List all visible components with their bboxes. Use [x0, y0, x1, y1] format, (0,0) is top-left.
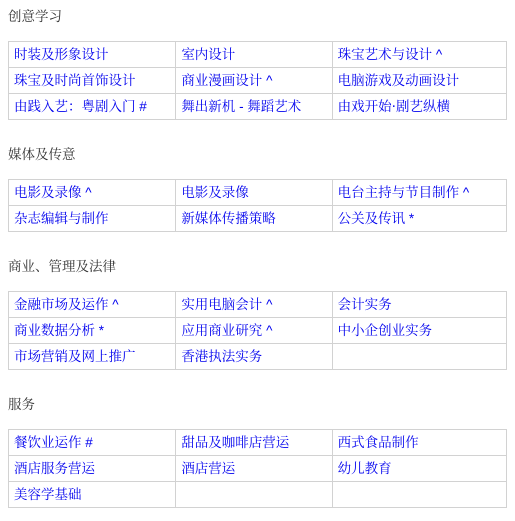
- course-link[interactable]: 市场营销及网上推广: [14, 349, 136, 364]
- course-link[interactable]: 商业数据分析 *: [14, 323, 104, 338]
- course-cell: 公关及传讯 *: [332, 206, 506, 232]
- table-row: 美容学基础: [9, 482, 507, 508]
- course-cell: 电脑游戏及动画设计: [332, 68, 506, 94]
- course-link[interactable]: 幼儿教育: [338, 461, 392, 476]
- course-cell: 餐饮业运作 #: [9, 430, 176, 456]
- course-link[interactable]: 酒店服务营运: [14, 461, 95, 476]
- empty-cell: [332, 482, 506, 508]
- course-cell: 金融市场及运作 ^: [9, 292, 176, 318]
- course-link[interactable]: 甜品及咖啡店营运: [181, 435, 289, 450]
- sections-root: 创意学习 时装及形象设计室内设计珠宝艺术与设计 ^珠宝及时尚首饰设计商业漫画设计…: [8, 8, 515, 508]
- course-link[interactable]: 电脑游戏及动画设计: [338, 73, 460, 88]
- course-cell: 电台主持与节目制作 ^: [332, 180, 506, 206]
- course-category-page: 创意学习 时装及形象设计室内设计珠宝艺术与设计 ^珠宝及时尚首饰设计商业漫画设计…: [8, 8, 515, 508]
- course-link[interactable]: 电台主持与节目制作 ^: [338, 185, 470, 200]
- course-table-body: 时装及形象设计室内设计珠宝艺术与设计 ^珠宝及时尚首饰设计商业漫画设计 ^电脑游…: [9, 42, 507, 120]
- course-table: 时装及形象设计室内设计珠宝艺术与设计 ^珠宝及时尚首饰设计商业漫画设计 ^电脑游…: [8, 41, 507, 120]
- course-cell: 电影及录像 ^: [9, 180, 176, 206]
- course-table: 金融市场及运作 ^实用电脑会计 ^会计实务商业数据分析 *应用商业研究 ^中小企…: [8, 291, 507, 370]
- course-link[interactable]: 美容学基础: [14, 487, 82, 502]
- table-row: 时装及形象设计室内设计珠宝艺术与设计 ^: [9, 42, 507, 68]
- course-cell: 酒店营运: [176, 456, 332, 482]
- course-cell: 香港执法实务: [176, 344, 332, 370]
- course-cell: 西式食品制作: [332, 430, 506, 456]
- course-cell: 电影及录像: [176, 180, 332, 206]
- course-cell: 由践入艺：粤剧入门 #: [9, 94, 176, 120]
- course-cell: 中小企创业实务: [332, 318, 506, 344]
- course-link[interactable]: 会计实务: [338, 297, 392, 312]
- course-link[interactable]: 实用电脑会计 ^: [181, 297, 272, 312]
- course-cell: 幼儿教育: [332, 456, 506, 482]
- course-cell: 商业数据分析 *: [9, 318, 176, 344]
- course-section: 商业、管理及法律 金融市场及运作 ^实用电脑会计 ^会计实务商业数据分析 *应用…: [8, 258, 515, 370]
- course-link[interactable]: 西式食品制作: [338, 435, 419, 450]
- course-cell: 美容学基础: [9, 482, 176, 508]
- course-link[interactable]: 新媒体传播策略: [181, 211, 276, 226]
- course-link[interactable]: 由戏开始‧剧艺纵横: [338, 99, 450, 114]
- course-table: 电影及录像 ^电影及录像电台主持与节目制作 ^杂志编辑与制作新媒体传播策略公关及…: [8, 179, 507, 232]
- course-link[interactable]: 金融市场及运作 ^: [14, 297, 119, 312]
- course-cell: 市场营销及网上推广: [9, 344, 176, 370]
- course-cell: 时装及形象设计: [9, 42, 176, 68]
- course-cell: 酒店服务营运: [9, 456, 176, 482]
- course-cell: 杂志编辑与制作: [9, 206, 176, 232]
- table-row: 餐饮业运作 #甜品及咖啡店营运西式食品制作: [9, 430, 507, 456]
- section-title: 媒体及传意: [8, 146, 515, 163]
- course-cell: 室内设计: [176, 42, 332, 68]
- course-link[interactable]: 珠宝艺术与设计 ^: [338, 47, 443, 62]
- table-row: 市场营销及网上推广香港执法实务: [9, 344, 507, 370]
- course-cell: 商业漫画设计 ^: [176, 68, 332, 94]
- course-link[interactable]: 香港执法实务: [181, 349, 262, 364]
- course-cell: 应用商业研究 ^: [176, 318, 332, 344]
- course-section: 媒体及传意 电影及录像 ^电影及录像电台主持与节目制作 ^杂志编辑与制作新媒体传…: [8, 146, 515, 232]
- course-link[interactable]: 商业漫画设计 ^: [181, 73, 272, 88]
- table-row: 商业数据分析 *应用商业研究 ^中小企创业实务: [9, 318, 507, 344]
- course-link[interactable]: 中小企创业实务: [338, 323, 433, 338]
- course-link[interactable]: 电影及录像: [181, 185, 249, 200]
- course-section: 服务 餐饮业运作 #甜品及咖啡店营运西式食品制作酒店服务营运酒店营运幼儿教育美容…: [8, 396, 515, 508]
- course-table-body: 电影及录像 ^电影及录像电台主持与节目制作 ^杂志编辑与制作新媒体传播策略公关及…: [9, 180, 507, 232]
- course-link[interactable]: 舞出新机 - 舞蹈艺术: [181, 99, 301, 114]
- course-table-body: 金融市场及运作 ^实用电脑会计 ^会计实务商业数据分析 *应用商业研究 ^中小企…: [9, 292, 507, 370]
- course-link[interactable]: 室内设计: [181, 47, 235, 62]
- course-link[interactable]: 杂志编辑与制作: [14, 211, 109, 226]
- table-row: 杂志编辑与制作新媒体传播策略公关及传讯 *: [9, 206, 507, 232]
- course-link[interactable]: 由践入艺：粤剧入门 #: [14, 99, 147, 114]
- course-link[interactable]: 公关及传讯 *: [338, 211, 415, 226]
- course-link[interactable]: 应用商业研究 ^: [181, 323, 272, 338]
- course-link[interactable]: 酒店营运: [181, 461, 235, 476]
- course-cell: 珠宝艺术与设计 ^: [332, 42, 506, 68]
- empty-cell: [176, 482, 332, 508]
- course-table-body: 餐饮业运作 #甜品及咖啡店营运西式食品制作酒店服务营运酒店营运幼儿教育美容学基础: [9, 430, 507, 508]
- table-row: 由践入艺：粤剧入门 #舞出新机 - 舞蹈艺术由戏开始‧剧艺纵横: [9, 94, 507, 120]
- course-link[interactable]: 珠宝及时尚首饰设计: [14, 73, 136, 88]
- course-cell: 由戏开始‧剧艺纵横: [332, 94, 506, 120]
- table-row: 酒店服务营运酒店营运幼儿教育: [9, 456, 507, 482]
- course-cell: 会计实务: [332, 292, 506, 318]
- section-title: 商业、管理及法律: [8, 258, 515, 275]
- table-row: 金融市场及运作 ^实用电脑会计 ^会计实务: [9, 292, 507, 318]
- section-title: 创意学习: [8, 8, 515, 25]
- empty-cell: [332, 344, 506, 370]
- course-link[interactable]: 餐饮业运作 #: [14, 435, 93, 450]
- course-link[interactable]: 时装及形象设计: [14, 47, 109, 62]
- course-cell: 新媒体传播策略: [176, 206, 332, 232]
- course-section: 创意学习 时装及形象设计室内设计珠宝艺术与设计 ^珠宝及时尚首饰设计商业漫画设计…: [8, 8, 515, 120]
- course-cell: 甜品及咖啡店营运: [176, 430, 332, 456]
- course-table: 餐饮业运作 #甜品及咖啡店营运西式食品制作酒店服务营运酒店营运幼儿教育美容学基础: [8, 429, 507, 508]
- table-row: 电影及录像 ^电影及录像电台主持与节目制作 ^: [9, 180, 507, 206]
- table-row: 珠宝及时尚首饰设计商业漫画设计 ^电脑游戏及动画设计: [9, 68, 507, 94]
- course-link[interactable]: 电影及录像 ^: [14, 185, 92, 200]
- course-cell: 珠宝及时尚首饰设计: [9, 68, 176, 94]
- section-title: 服务: [8, 396, 515, 413]
- course-cell: 实用电脑会计 ^: [176, 292, 332, 318]
- course-cell: 舞出新机 - 舞蹈艺术: [176, 94, 332, 120]
